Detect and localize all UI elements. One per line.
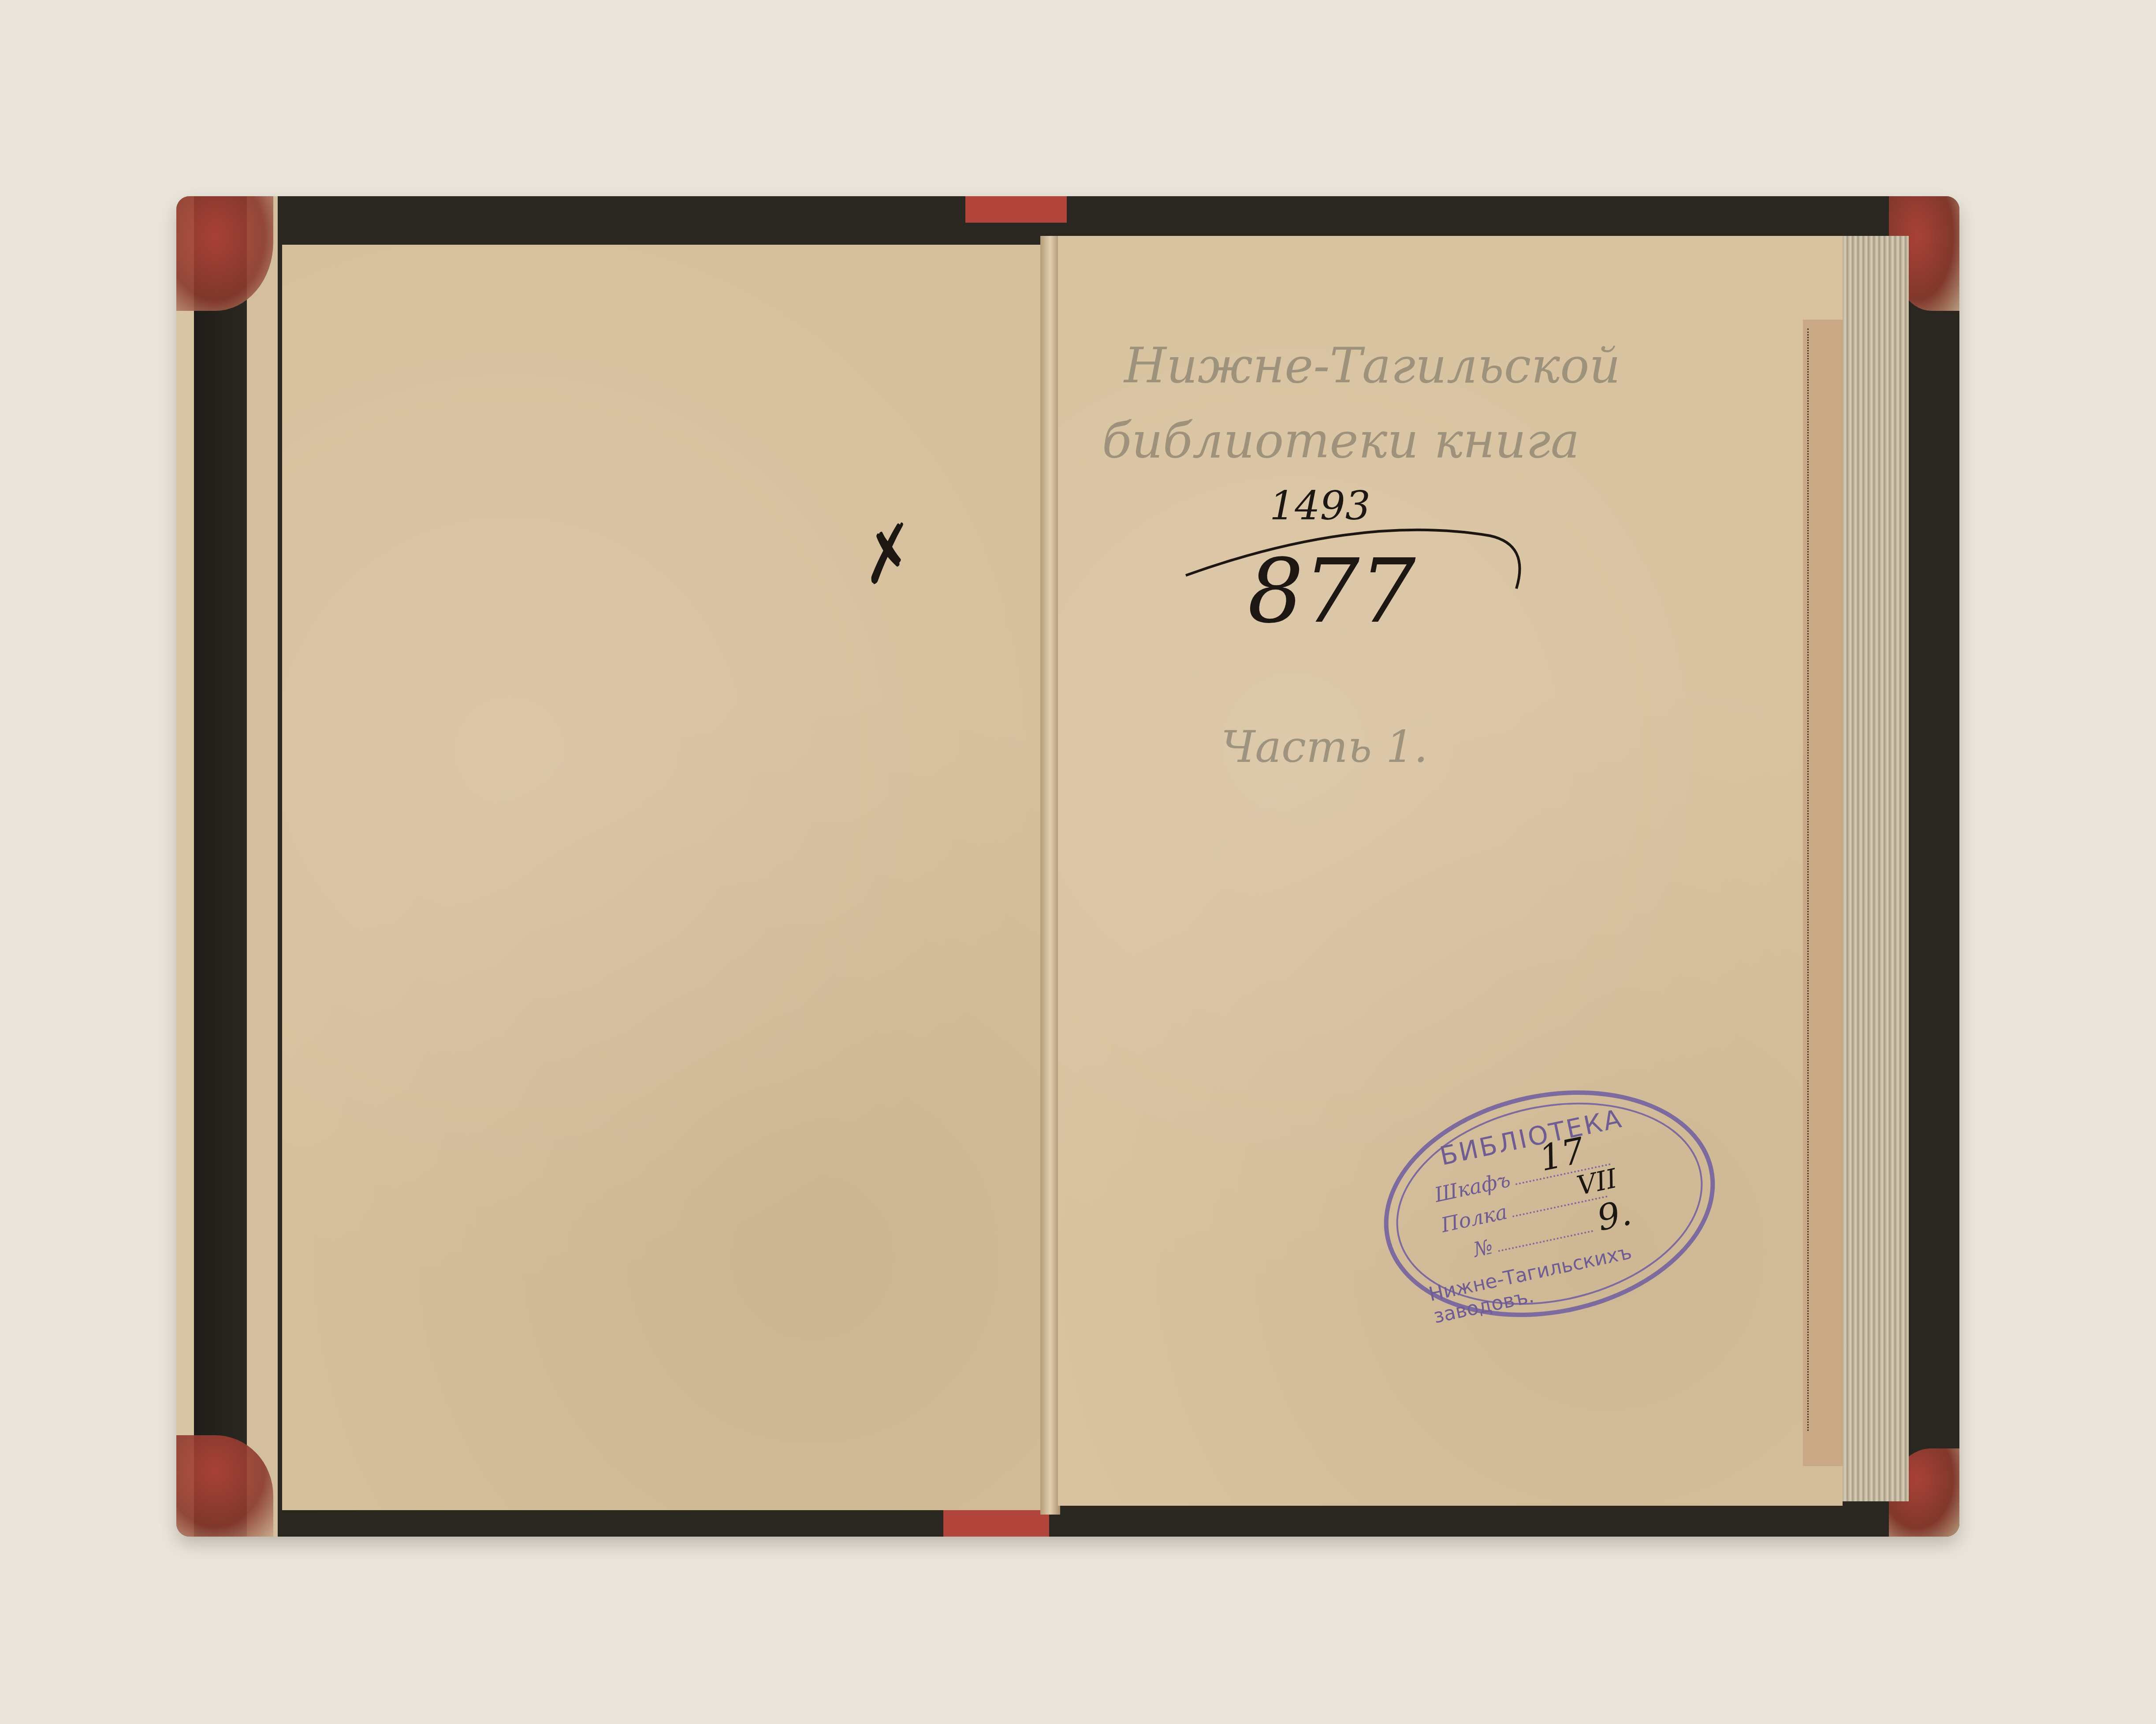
ink-number-bottom: 877 [1247,540,1416,643]
open-book: ✗ Нижне-Тагильской библиотеки книга 1493… [176,196,1959,1537]
cover-edge-left [176,196,278,1537]
book-gutter [1040,236,1060,1515]
spine-bottom-leather [943,1510,1049,1537]
fore-edge-pages [1843,236,1909,1501]
pencil-part-note: Часть 1. [1221,721,1428,772]
left-endpaper: ✗ [282,245,1040,1510]
pencil-inscription-line-1: Нижне-Тагильской [1124,337,1620,394]
spine-top-leather [965,196,1067,223]
ink-mark: ✗ [844,511,922,602]
printed-ornament-border [1807,328,1817,1431]
pencil-inscription-line-2: библиотеки книга [1102,412,1579,469]
